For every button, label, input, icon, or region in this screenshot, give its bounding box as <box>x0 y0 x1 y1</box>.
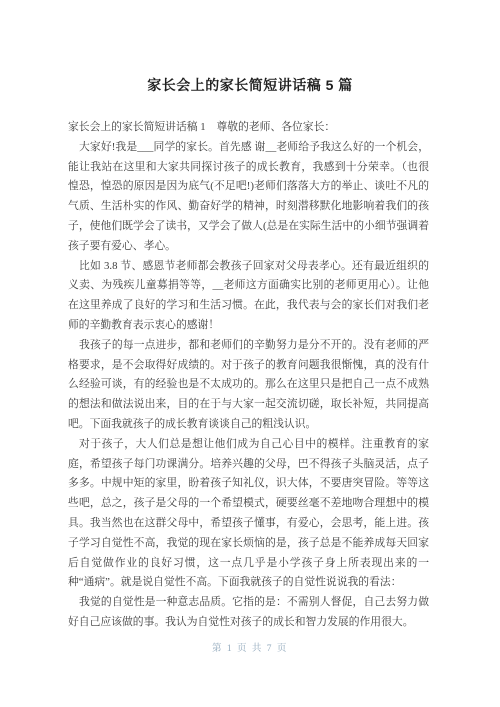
paragraph: 我孩子的每一点进步，都和老师们的辛勤努力是分不开的。没有老师的严格要求，是不会取… <box>68 336 429 435</box>
page-number-footer: 第 1 页 共 7 页 <box>0 642 500 656</box>
document-title: 家长会上的家长简短讲话稿 5 篇 <box>0 76 500 94</box>
paragraph: 比如 3.8 节、感恩节老师都会教孩子回家对父母表孝心。还有最近组织的义卖、为残… <box>68 257 429 336</box>
paragraph: 大家好!我是___同学的家长。首先感 谢__老师给予我这么好的一个机会，能让我站… <box>68 138 429 257</box>
document-page: 家长会上的家长简短讲话稿 5 篇 家长会上的家长简短讲话稿 1 尊敬的老师、各位… <box>0 0 500 707</box>
paragraph: 我觉的自觉性是一种意志品质。它指的是：不需别人督促，自己去努力做好自己应该做的事… <box>68 593 429 633</box>
document-body: 家长会上的家长简短讲话稿 1 尊敬的老师、各位家长： 大家好!我是___同学的家… <box>68 118 429 633</box>
paragraph: 对于孩子，大人们总是想让他们成为自己心目中的模样。注重教育的家庭，希望孩子每门功… <box>68 435 429 593</box>
paragraph-heading-line: 家长会上的家长简短讲话稿 1 尊敬的老师、各位家长： <box>68 118 429 138</box>
